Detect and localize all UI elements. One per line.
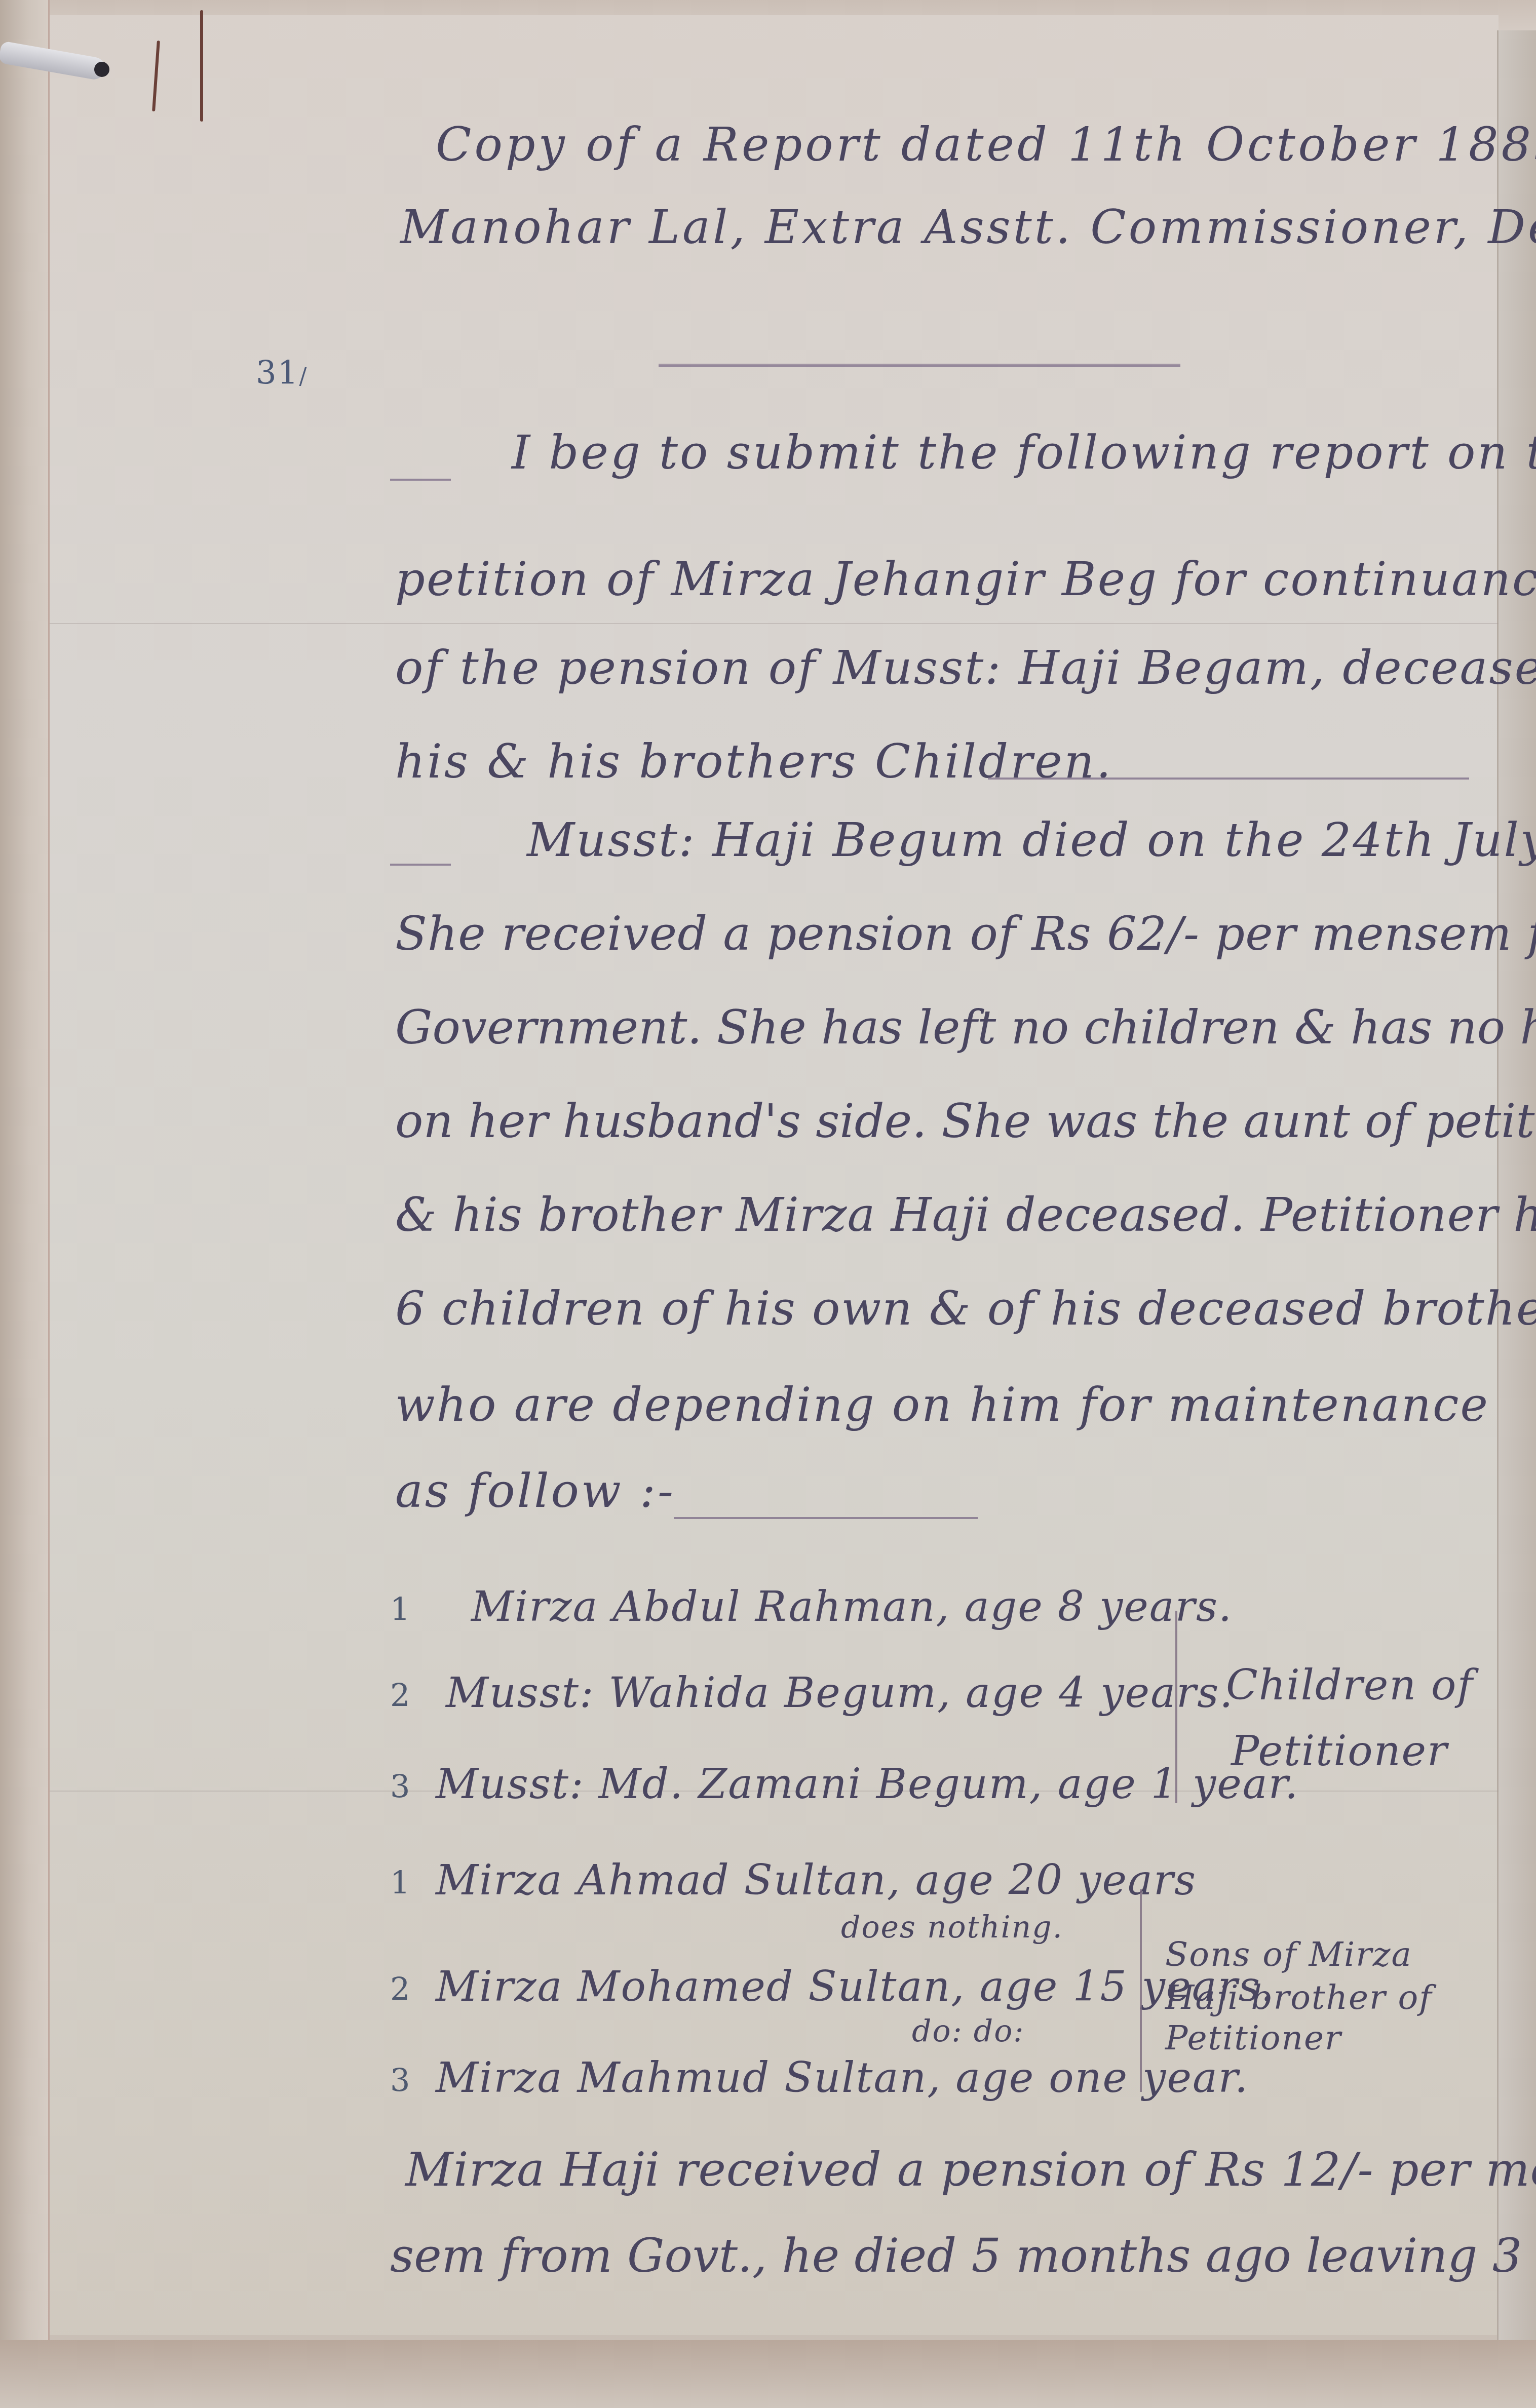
list-item: Mirza Mohamed Sultan, age 15 years.: [436, 1963, 1275, 2011]
body-line: 6 children of his own & of his deceased …: [395, 1281, 1536, 1336]
body-line: She received a pension of Rs 62/- per me…: [395, 907, 1536, 961]
paragraph-dash: [390, 479, 451, 481]
body-line: Mirza Haji received a pension of Rs 12/-…: [405, 2143, 1536, 2197]
group-label: Children of: [1226, 1661, 1474, 1710]
paper-fold-line: [50, 623, 1499, 624]
margin-note-tick: /: [299, 364, 308, 390]
grouping-brace: [1140, 1889, 1142, 2092]
list-number: 2: [390, 1970, 411, 2007]
group-label: Petitioner: [1165, 2018, 1342, 2057]
line-filler-rule: [674, 1517, 978, 1519]
line-filler-rule: [988, 778, 1469, 780]
margin-note-number: 31: [256, 355, 299, 392]
body-line: Musst: Haji Begum died on the 24th July …: [527, 813, 1536, 867]
folio-mark: [200, 10, 203, 122]
list-item: Mirza Mahmud Sultan, age one year.: [436, 2054, 1249, 2102]
group-label: Haji brother of: [1165, 1978, 1433, 2017]
grouping-brace: [1175, 1611, 1177, 1803]
list-item-note: do: do:: [912, 2013, 1025, 2049]
body-line: who are depending on him for maintenance: [395, 1378, 1489, 1432]
body-line: his & his brothers Children.: [395, 734, 1113, 789]
body-line: & his brother Mirza Haji deceased. Petit…: [395, 1188, 1536, 1242]
body-line: petition of Mirza Jehangir Beg for conti…: [395, 552, 1536, 606]
body-line: I beg to submit the following report on …: [512, 425, 1536, 480]
list-item: Musst: Md. Zamani Begum, age 1 year.: [436, 1760, 1299, 1808]
list-item: Mirza Ahmad Sultan, age 20 years: [436, 1856, 1197, 1905]
body-line: as follow :-: [395, 1464, 675, 1518]
list-item-note: does nothing.: [841, 1910, 1063, 1945]
bottom-frame: [0, 2340, 1536, 2408]
group-label: Petitioner: [1231, 1727, 1448, 1775]
body-line: of the pension of Musst: Haji Begam, dec…: [395, 641, 1536, 695]
body-line: Government. She has left no children & h…: [395, 1000, 1536, 1055]
list-number: 1: [390, 1590, 411, 1627]
binding-knot-icon: [94, 62, 109, 77]
list-item: Mirza Abdul Rahman, age 8 years.: [471, 1583, 1233, 1631]
body-line: sem from Govt., he died 5 months ago lea…: [390, 2229, 1536, 2283]
list-number: 2: [390, 1677, 411, 1714]
list-number: 3: [390, 1768, 411, 1805]
list-number: 3: [390, 2062, 411, 2099]
title-line-1: Copy of a Report dated 11th October 1885…: [436, 118, 1536, 172]
title-divider-rule: [659, 364, 1180, 367]
paragraph-dash: [390, 864, 451, 866]
left-binding-frame: [0, 0, 50, 2408]
list-item: Musst: Wahida Begum, age 4 years.: [446, 1669, 1234, 1717]
group-label: Sons of Mirza: [1165, 1935, 1412, 1974]
margin-note: 31/: [256, 355, 308, 392]
title-line-2: Manohar Lal, Extra Asstt. Commissioner, …: [400, 200, 1536, 254]
list-number: 1: [390, 1864, 411, 1901]
body-line: on her husband's side. She was the aunt …: [395, 1094, 1536, 1148]
